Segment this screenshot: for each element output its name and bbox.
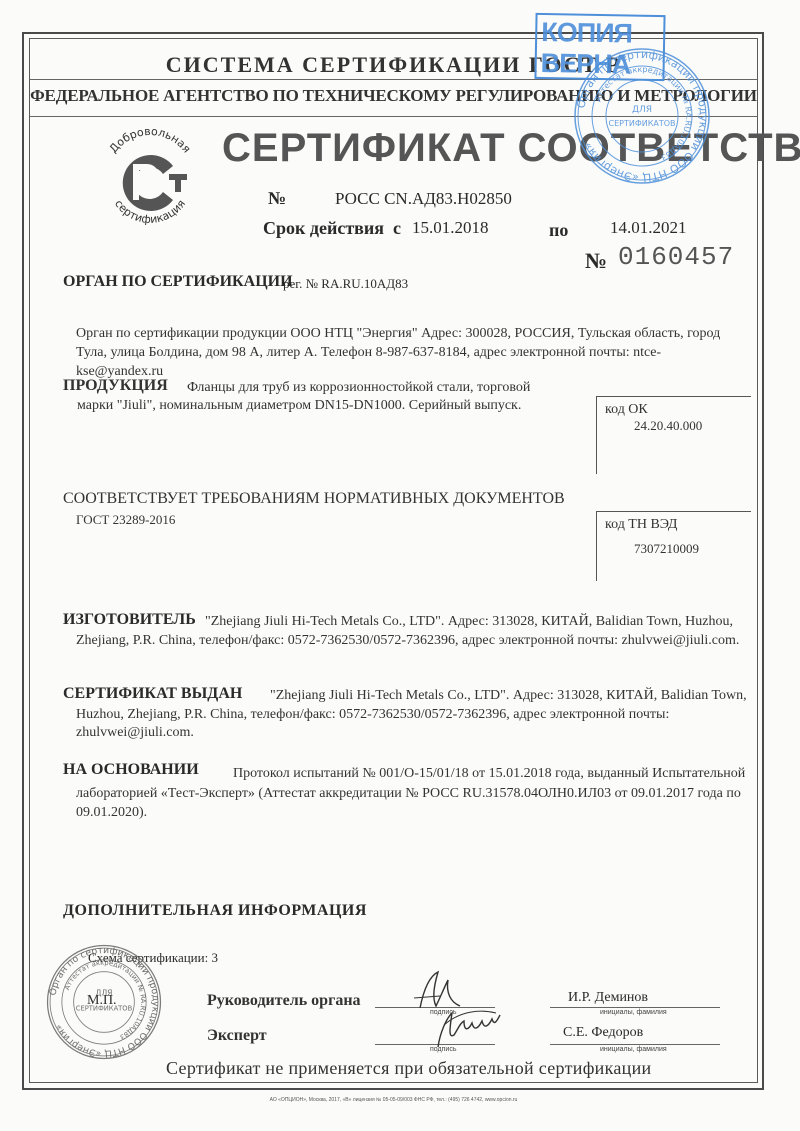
expert-role: Эксперт	[207, 1027, 267, 1045]
blank-number: 0160457	[618, 242, 734, 272]
organ-details: Орган по сертификации продукции ООО НТЦ …	[76, 324, 726, 381]
organ-heading: ОРГАН ПО СЕРТИФИКАЦИИ	[63, 273, 293, 291]
organ-seal-blue-icon: Орган по сертификации продукции ООО НТЦ …	[572, 46, 712, 186]
issued-to-line-2: Huzhou, Zhejiang, P.R. China, телефон/фа…	[76, 705, 669, 724]
product-line-2: марки "Jiuli", номинальным диаметром DN1…	[77, 396, 521, 415]
ok-code-value: 24.20.40.000	[634, 418, 702, 434]
number-label: №	[268, 188, 286, 209]
expert-name-caption: инициалы, фамилия	[600, 1046, 667, 1053]
expert-name-line	[550, 1044, 720, 1045]
head-name-line	[550, 1007, 720, 1008]
tnved-code-box: код ТН ВЭД 7307210009	[596, 511, 751, 581]
expert-name: С.Е. Федоров	[563, 1025, 643, 1041]
issued-to-line-1: "Zhejiang Jiuli Hi-Tech Metals Co., LTD"…	[270, 686, 747, 705]
issued-to-line-3: zhulvwei@jiuli.com.	[76, 723, 194, 742]
basis-line-2: лабораторией «Тест-Эксперт» (Аттестат ак…	[76, 784, 741, 803]
footer-notice: Сертификат не применяется при обязательн…	[166, 1058, 651, 1079]
svg-text:Добровольная: Добровольная	[107, 128, 194, 155]
manufacturer-line-2: Zhejiang, P.R. China, телефон/факс: 0572…	[76, 631, 739, 650]
manufacturer-heading: ИЗГОТОВИТЕЛЬ	[63, 611, 196, 629]
product-heading: ПРОДУКЦИЯ	[63, 377, 168, 395]
svg-text:СЕРТИФИКАТОВ: СЕРТИФИКАТОВ	[76, 1004, 133, 1012]
issued-to-heading: СЕРТИФИКАТ ВЫДАН	[63, 685, 242, 703]
certificate-title: СЕРТИФИКАТ СООТВЕТСТВИЯ	[222, 126, 800, 171]
basis-line-3: 09.01.2020).	[76, 803, 147, 822]
organ-seal-grey-icon: Орган по сертификации продукции ООО НТЦ …	[45, 943, 163, 1061]
head-role: Руководитель органа	[207, 992, 361, 1010]
blank-number-label: №	[585, 248, 607, 274]
printer-imprint: АО «ОПЦИОН», Москва, 2017, «В» лицензия …	[0, 1097, 787, 1103]
valid-to: 14.01.2021	[610, 218, 687, 238]
basis-heading: НА ОСНОВАНИИ	[63, 761, 199, 779]
additional-heading: ДОПОЛНИТЕЛЬНАЯ ИНФОРМАЦИЯ	[63, 902, 367, 920]
valid-from: 15.01.2018	[412, 218, 489, 238]
valid-from-label: с	[393, 218, 401, 239]
ok-code-label: код ОК	[605, 402, 648, 418]
conformity-heading: СООТВЕТСТВУЕТ ТРЕБОВАНИЯМ НОРМАТИВНЫХ ДО…	[63, 490, 565, 508]
svg-text:ДЛЯ: ДЛЯ	[632, 105, 652, 115]
expert-signature-icon	[430, 1005, 505, 1050]
ok-code-box: код ОК 24.20.40.000	[596, 396, 751, 474]
head-name-caption: инициалы, фамилия	[600, 1009, 667, 1016]
head-name: И.Р. Деминов	[568, 990, 648, 1006]
product-line-1: Фланцы для труб из коррозионностойкой ст…	[187, 378, 530, 397]
tnved-code-value: 7307210009	[634, 541, 699, 557]
organ-reg-number: рег. № RA.RU.10АД83	[283, 276, 408, 292]
manufacturer-line-1: "Zhejiang Jiuli Hi-Tech Metals Co., LTD"…	[205, 612, 733, 631]
svg-text:СЕРТИФИКАТОВ: СЕРТИФИКАТОВ	[608, 119, 675, 128]
tnved-code-label: код ТН ВЭД	[605, 517, 677, 533]
basis-line-1: Протокол испытаний № 001/О-15/01/18 от 1…	[233, 764, 745, 783]
certificate-number: РОСС CN.АД83.Н02850	[335, 189, 512, 209]
rst-logo-icon: Добровольная сертификация	[95, 128, 205, 228]
svg-text:ДЛЯ: ДЛЯ	[96, 988, 113, 997]
validity-label: Срок действия	[263, 218, 384, 239]
conformity-standard: ГОСТ 23289-2016	[76, 510, 175, 529]
valid-to-label: по	[549, 220, 568, 241]
